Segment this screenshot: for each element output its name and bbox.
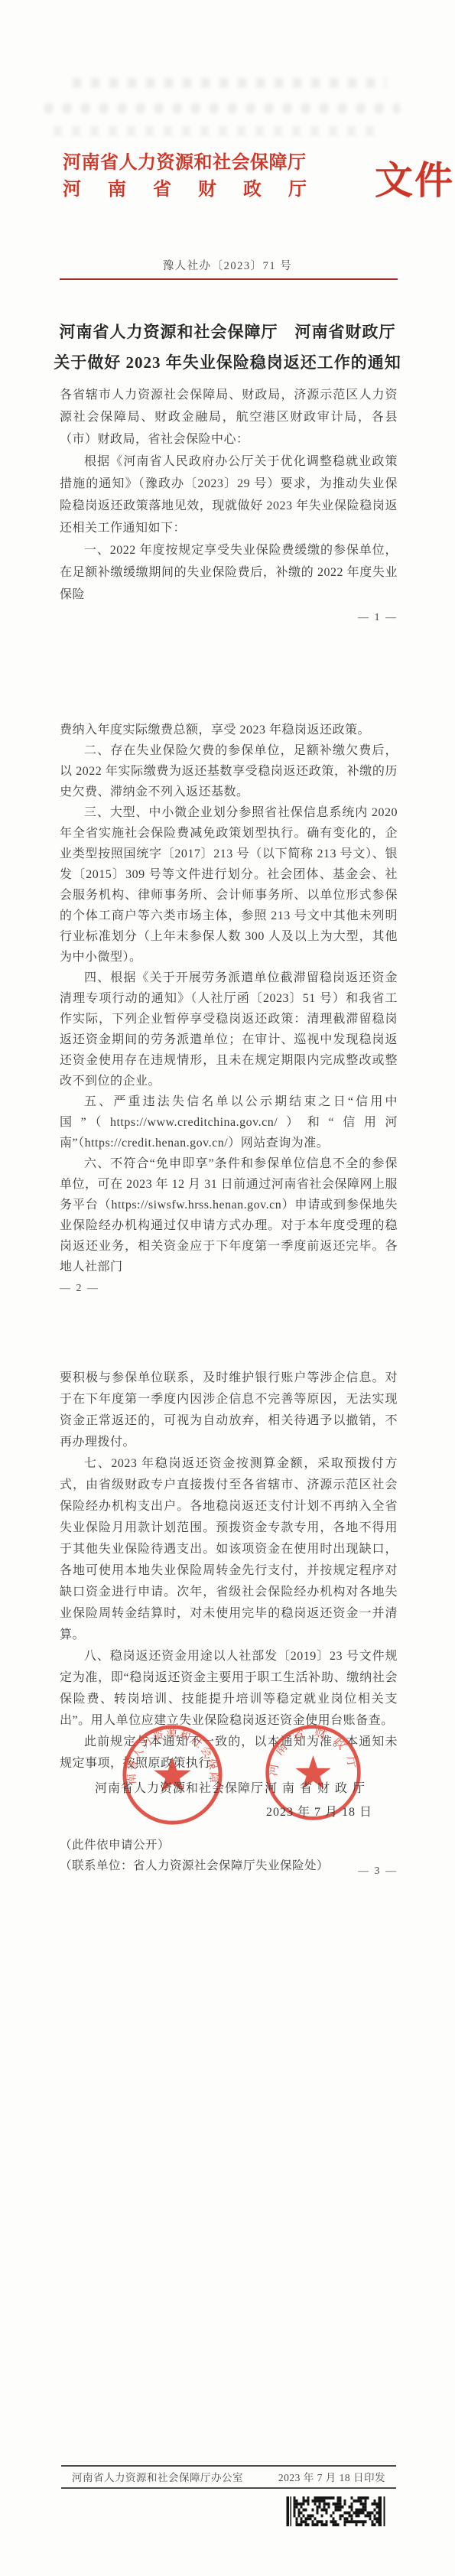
document-barcode [285, 2496, 387, 2526]
signature-agency-2: 河南省财政厅 [265, 1778, 370, 1796]
footer-imprint: 河南省人力资源和社会保障厅办公室 2023 年 7 月 18 日印发 [61, 2469, 396, 2484]
body-paragraph: 根据《河南省人民政府办公厅关于优化调整稳就业政策措施的通知》（豫政办〔2023〕… [60, 450, 398, 539]
document-scan: 河南省人力资源和社会保障厅 河南省财政厅 文件 豫人社办〔2023〕71 号 河… [0, 0, 455, 2576]
doc-number: 豫人社办〔2023〕71 号 [0, 257, 455, 273]
document-title: 河南省人力资源和社会保障厅 河南省财政厅 关于做好 2023 年失业保险稳岗返还… [0, 317, 455, 378]
page3-body: 要积极与参保单位联系，及时维护银行账户等涉企信息。对于在下年度第一季度内因涉企信… [60, 1368, 398, 1774]
letterhead-doc-type-label: 文件 [375, 161, 454, 200]
letterhead-agencies: 河南省人力资源和社会保障厅 河南省财政厅 [63, 150, 309, 203]
body-paragraph: 七、2023 年稳岗返还资金按测算金额，采取预拨付方式，由省级财政专户直接拨付至… [60, 1453, 398, 1646]
page-number-1: — 1 — [60, 607, 398, 629]
signature-agency-1: 河南省人力资源和社会保障厅 [95, 1778, 264, 1796]
footer-print-date: 2023 年 7 月 18 日印发 [278, 2469, 385, 2484]
footer-rule-top [61, 2465, 396, 2467]
body-paragraph: 八、稳岗返还资金用途以人社部发〔2019〕23 号文件规定为准，即“稳岗返还资金… [60, 1646, 398, 1732]
page2-body: 费纳入年度实际缴费总额，享受 2023 年稳岗返还政策。 二、存在失业保险欠费的… [60, 720, 398, 1299]
body-paragraph: 五、严重违法失信名单以公示期结束之日“信用中国”（https://www.cre… [60, 1091, 398, 1153]
signature-date: 2023 年 7 月 18 日 [266, 1802, 372, 1820]
continuation-paragraph: 费纳入年度实际缴费总额，享受 2023 年稳岗返还政策。 [60, 720, 398, 740]
letterhead-agency-line1: 河南省人力资源和社会保障厅 [63, 150, 309, 176]
continuation-paragraph: 要积极与参保单位联系，及时维护银行账户等涉企信息。对于在下年度第一季度内因涉企信… [60, 1368, 398, 1453]
addressee-paragraph: 各省辖市人力资源社会保障局、财政局，济源示范区人力资源社会保障局、财政金融局，航… [60, 384, 398, 450]
body-paragraph: 二、存在失业保险欠费的参保单位，足额补缴欠费后，以 2022 年实际缴费为返还基… [60, 740, 398, 802]
page1-body: 各省辖市人力资源社会保障局、财政局，济源示范区人力资源社会保障局、财政金融局，航… [60, 384, 398, 629]
disclosure-note: （此件依申请公开） [60, 1836, 398, 1852]
page-number-2: — 2 — [60, 1278, 398, 1299]
page-number-3: — 3 — [60, 1865, 398, 1878]
body-paragraph: 四、根据《关于开展劳务派遣单位截滞留稳岗返还资金清理专项行动的通知》（人社厅函〔… [60, 968, 398, 1091]
red-divider-rule [60, 278, 398, 280]
bleed-through-artifact [73, 78, 386, 88]
official-seal-hrss-icon: 河南省人力资源和社会保障厅 [120, 1722, 225, 1831]
title-line1: 河南省人力资源和社会保障厅 河南省财政厅 [0, 317, 455, 347]
bleed-through-artifact [44, 103, 400, 113]
body-paragraph: 六、不符合“免申即享”条件和参保单位信息不全的参保单位，可在 2023 年 12… [60, 1153, 398, 1277]
body-paragraph: 一、2022 年度按规定享受失业保险费缓缴的参保单位，在足额补缴缓缴期间的失业保… [60, 539, 398, 606]
title-line2: 关于做好 2023 年失业保险稳岗返还工作的通知 [0, 347, 455, 378]
letterhead-agency-line2: 河南省财政厅 [63, 176, 309, 203]
letterhead: 河南省人力资源和社会保障厅 河南省财政厅 文件 [63, 150, 399, 203]
footer-rule-bottom [61, 2487, 396, 2489]
footer-issuer: 河南省人力资源和社会保障厅办公室 [72, 2469, 243, 2484]
bleed-through-artifact [54, 126, 375, 136]
body-paragraph: 三、大型、中小微企业划分参照省社保信息系统内 2020 年全省实施社会保险费减免… [60, 802, 398, 968]
